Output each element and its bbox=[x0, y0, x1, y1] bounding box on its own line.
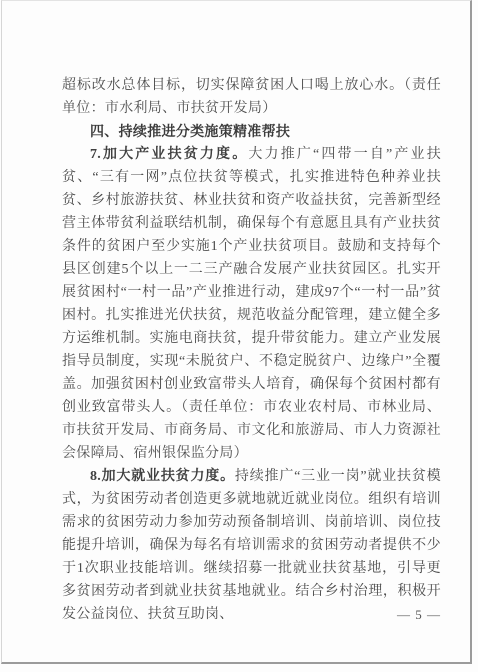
document-page: 超标改水总体目标，切实保障贫困人口喝上放心水。（责任单位：市水利局、市扶贫开发局… bbox=[0, 0, 478, 672]
paragraph-8: 8.加大就业扶贫力度。持续推广“三业一岗”就业扶贫模式，为贫困劳动者创造更多就地… bbox=[62, 465, 441, 626]
paragraph-7: 7.加大产业扶贫力度。大力推广“四带一自”产业扶贫、“三有一网”点位扶贫等模式，… bbox=[62, 143, 441, 465]
page-number: — 5 — bbox=[397, 607, 441, 623]
paragraph-8-lead: 8.加大就业扶贫力度。 bbox=[90, 469, 235, 484]
document-body: 超标改水总体目标，切实保障贫困人口喝上放心水。（责任单位：市水利局、市扶贫开发局… bbox=[62, 74, 441, 626]
paragraph-7-lead: 7.加大产业扶贫力度。 bbox=[90, 147, 248, 162]
paragraph-continuation: 超标改水总体目标，切实保障贫困人口喝上放心水。（责任单位：市水利局、市扶贫开发局… bbox=[62, 74, 441, 120]
paragraph-7-body: 大力推广“四带一自”产业扶贫、“三有一网”点位扶贫等模式，扎实推进特色种养业扶贫… bbox=[62, 147, 441, 415]
section-heading-4: 四、持续推进分类施策精准帮扶 bbox=[62, 120, 441, 143]
paragraph-continuation-text: 超标改水总体目标，切实保障贫困人口喝上放心水。 bbox=[62, 78, 404, 93]
paragraph-8-body: 持续推广“三业一岗”就业扶贫模式，为贫困劳动者创造更多就地就近就业岗位。组织有培… bbox=[62, 469, 441, 622]
